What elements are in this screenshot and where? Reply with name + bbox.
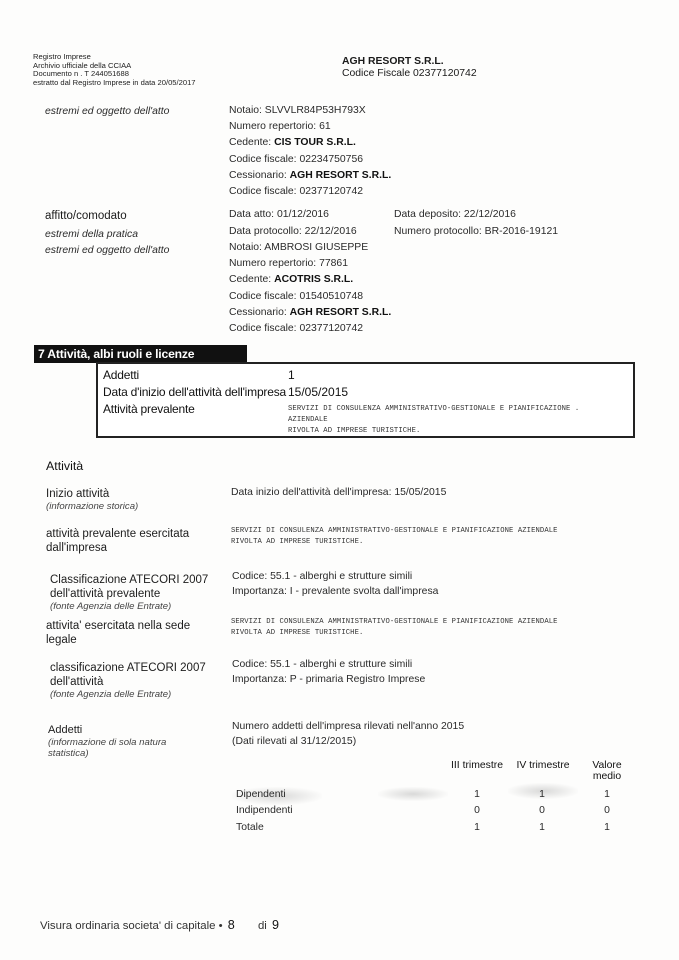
attivita-prevalente-value: SERVIZI DI CONSULENZA AMMINISTRATIVO-GES… — [288, 404, 579, 437]
table-cell: 0 — [587, 805, 627, 816]
mono-line: SERVIZI DI CONSULENZA AMMINISTRATIVO-GES… — [231, 617, 558, 628]
column-header: IV trimestre — [512, 760, 574, 771]
row-label: classificazione ATECORI 2007 — [50, 661, 206, 675]
transfer2-pratica-label: estremi della pratica — [45, 229, 138, 240]
scan-smudge — [378, 787, 448, 801]
data-deposito: Data deposito: 22/12/2016 — [394, 207, 516, 223]
detail-line: Cedente: ACOTRIS S.R.L. — [229, 272, 391, 288]
table-cell: 1 — [522, 822, 562, 833]
atecori-prevalente-label-block: Classificazione ATECORI 2007 dell'attivi… — [50, 573, 208, 612]
addetti-value: Numero addetti dell'impresa rilevati nel… — [232, 719, 464, 749]
detail-line: Cessionario: AGH RESORT S.R.L. — [229, 168, 391, 184]
mono-line: SERVIZI DI CONSULENZA AMMINISTRATIVO-GES… — [288, 404, 579, 415]
inizio-attivita-value: Data inizio dell'attività dell'impresa: … — [231, 485, 446, 500]
sede-legale-label-block: attivita' esercitata nella sede legale — [46, 619, 190, 647]
value-line: Codice: 55.1 - alberghi e strutture simi… — [232, 657, 425, 672]
row-label: dell'attività prevalente — [50, 587, 208, 601]
value-line: Numero addetti dell'impresa rilevati nel… — [232, 719, 464, 734]
mono-line: AZIENDALE — [288, 415, 579, 426]
column-header: Valore medio — [588, 760, 626, 782]
table-cell: 0 — [457, 805, 497, 816]
detail-line: Cessionario: AGH RESORT S.R.L. — [229, 305, 391, 321]
addetti-label-block: Addetti (informazione di sola natura sta… — [48, 723, 166, 759]
atecori-prevalente-value: Codice: 55.1 - alberghi e strutture simi… — [232, 569, 438, 599]
data-atto: Data atto: 01/12/2016 — [229, 207, 329, 223]
transfer2-atto-label: estremi ed oggetto dell'atto — [45, 245, 169, 256]
numero-protocollo: Numero protocollo: BR-2016-19121 — [394, 224, 558, 240]
mono-line: RIVOLTA AD IMPRESE TURISTICHE. — [231, 628, 558, 639]
total-pages: 9 — [272, 918, 279, 932]
row-label: legale — [46, 633, 190, 647]
row-label: Addetti — [48, 723, 166, 737]
detail-line: Notaio: SLVVLR84P53H793X — [229, 103, 391, 119]
table-row-label: Indipendenti — [236, 805, 293, 816]
section-7-summary-box: Addetti 1 Data d'inizio dell'attività de… — [96, 362, 635, 438]
addetti-value: 1 — [288, 368, 295, 382]
transfer2-title: affitto/comodato — [45, 210, 127, 222]
table-cell: 1 — [457, 822, 497, 833]
value-line: Importanza: P - primaria Registro Impres… — [232, 672, 425, 687]
detail-line: Codice fiscale: 02377120742 — [229, 321, 391, 337]
row-label: attivita' esercitata nella sede — [46, 619, 190, 633]
extract-date: estratto dal Registro Imprese in data 20… — [33, 79, 196, 88]
detail-line: Codice fiscale: 02234750756 — [229, 152, 391, 168]
detail-line: Notaio: AMBROSI GIUSEPPE — [229, 240, 391, 256]
inizio-attivita-label-block: Inizio attività (informazione storica) — [46, 487, 138, 512]
value-line: Codice: 55.1 - alberghi e strutture simi… — [232, 569, 438, 584]
table-row-label: Dipendenti — [236, 789, 286, 800]
row-sublabel: (informazione di sola natura — [48, 737, 166, 748]
transfer2-details: Notaio: AMBROSI GIUSEPPE Numero repertor… — [229, 240, 391, 337]
data-inizio-value: 15/05/2015 — [288, 385, 348, 399]
table-cell: 1 — [587, 822, 627, 833]
company-name: AGH RESORT S.R.L. — [342, 56, 477, 68]
transfer1-label: estremi ed oggetto dell'atto — [45, 106, 169, 117]
mono-line: RIVOLTA AD IMPRESE TURISTICHE. — [231, 537, 558, 548]
addetti-label: Addetti — [103, 368, 139, 382]
detail-line: Numero repertorio: 77861 — [229, 256, 391, 272]
table-row-label: Totale — [236, 822, 264, 833]
section-7-banner: 7 Attività, albi ruoli e licenze — [34, 345, 247, 363]
row-sublabel: statistica) — [48, 748, 166, 759]
row-sublabel: (fonte Agenzia delle Entrate) — [50, 601, 208, 612]
attivita-title: Attività — [46, 459, 83, 473]
detail-line: Codice fiscale: 02377120742 — [229, 184, 391, 200]
data-inizio-label: Data d'inizio dell'attività dell'impresa — [103, 385, 286, 399]
value-line: (Dati rilevati al 31/12/2015) — [232, 734, 464, 749]
row-label: attività prevalente esercitata — [46, 527, 189, 541]
detail-line: Codice fiscale: 01540510748 — [229, 289, 391, 305]
atecori-label-block: classificazione ATECORI 2007 dell'attivi… — [50, 661, 206, 700]
table-cell: 1 — [522, 789, 562, 800]
sede-legale-value: SERVIZI DI CONSULENZA AMMINISTRATIVO-GES… — [231, 617, 558, 639]
table-cell: 0 — [522, 805, 562, 816]
page-of-label: di — [258, 920, 267, 932]
value-line: Importanza: I - prevalente svolta dall'i… — [232, 584, 438, 599]
atecori-value: Codice: 55.1 - alberghi e strutture simi… — [232, 657, 425, 687]
document-type: Visura ordinaria societa' di capitale • — [40, 920, 223, 932]
row-label: dall'impresa — [46, 541, 189, 555]
attivita-prevalente-value: SERVIZI DI CONSULENZA AMMINISTRATIVO-GES… — [231, 526, 558, 548]
attivita-prevalente-label: Attività prevalente — [103, 402, 195, 416]
transfer1-details: Notaio: SLVVLR84P53H793X Numero repertor… — [229, 103, 391, 200]
page-footer: Visura ordinaria societa' di capitale • … — [40, 918, 279, 932]
row-label: Classificazione ATECORI 2007 — [50, 573, 208, 587]
row-label: Inizio attività — [46, 487, 138, 501]
table-cell: 1 — [587, 789, 627, 800]
mono-line: SERVIZI DI CONSULENZA AMMINISTRATIVO-GES… — [231, 526, 558, 537]
column-header: III trimestre — [446, 760, 508, 771]
row-sublabel: (informazione storica) — [46, 501, 138, 512]
attivita-prevalente-label-block: attività prevalente esercitata dall'impr… — [46, 527, 189, 555]
page-number: 8 — [228, 918, 235, 932]
table-cell: 1 — [457, 789, 497, 800]
detail-line: Cedente: CIS TOUR S.R.L. — [229, 135, 391, 151]
row-label: dell'attività — [50, 675, 206, 689]
company-header: AGH RESORT S.R.L. Codice Fiscale 0237712… — [342, 56, 477, 80]
company-fiscal-code: Codice Fiscale 02377120742 — [342, 68, 477, 80]
registry-header: Registro Imprese Archivio ufficiale dell… — [33, 53, 196, 87]
mono-line: RIVOLTA AD IMPRESE TURISTICHE. — [288, 426, 579, 437]
data-protocollo: Data protocollo: 22/12/2016 — [229, 224, 357, 240]
row-sublabel: (fonte Agenzia delle Entrate) — [50, 689, 206, 700]
detail-line: Numero repertorio: 61 — [229, 119, 391, 135]
